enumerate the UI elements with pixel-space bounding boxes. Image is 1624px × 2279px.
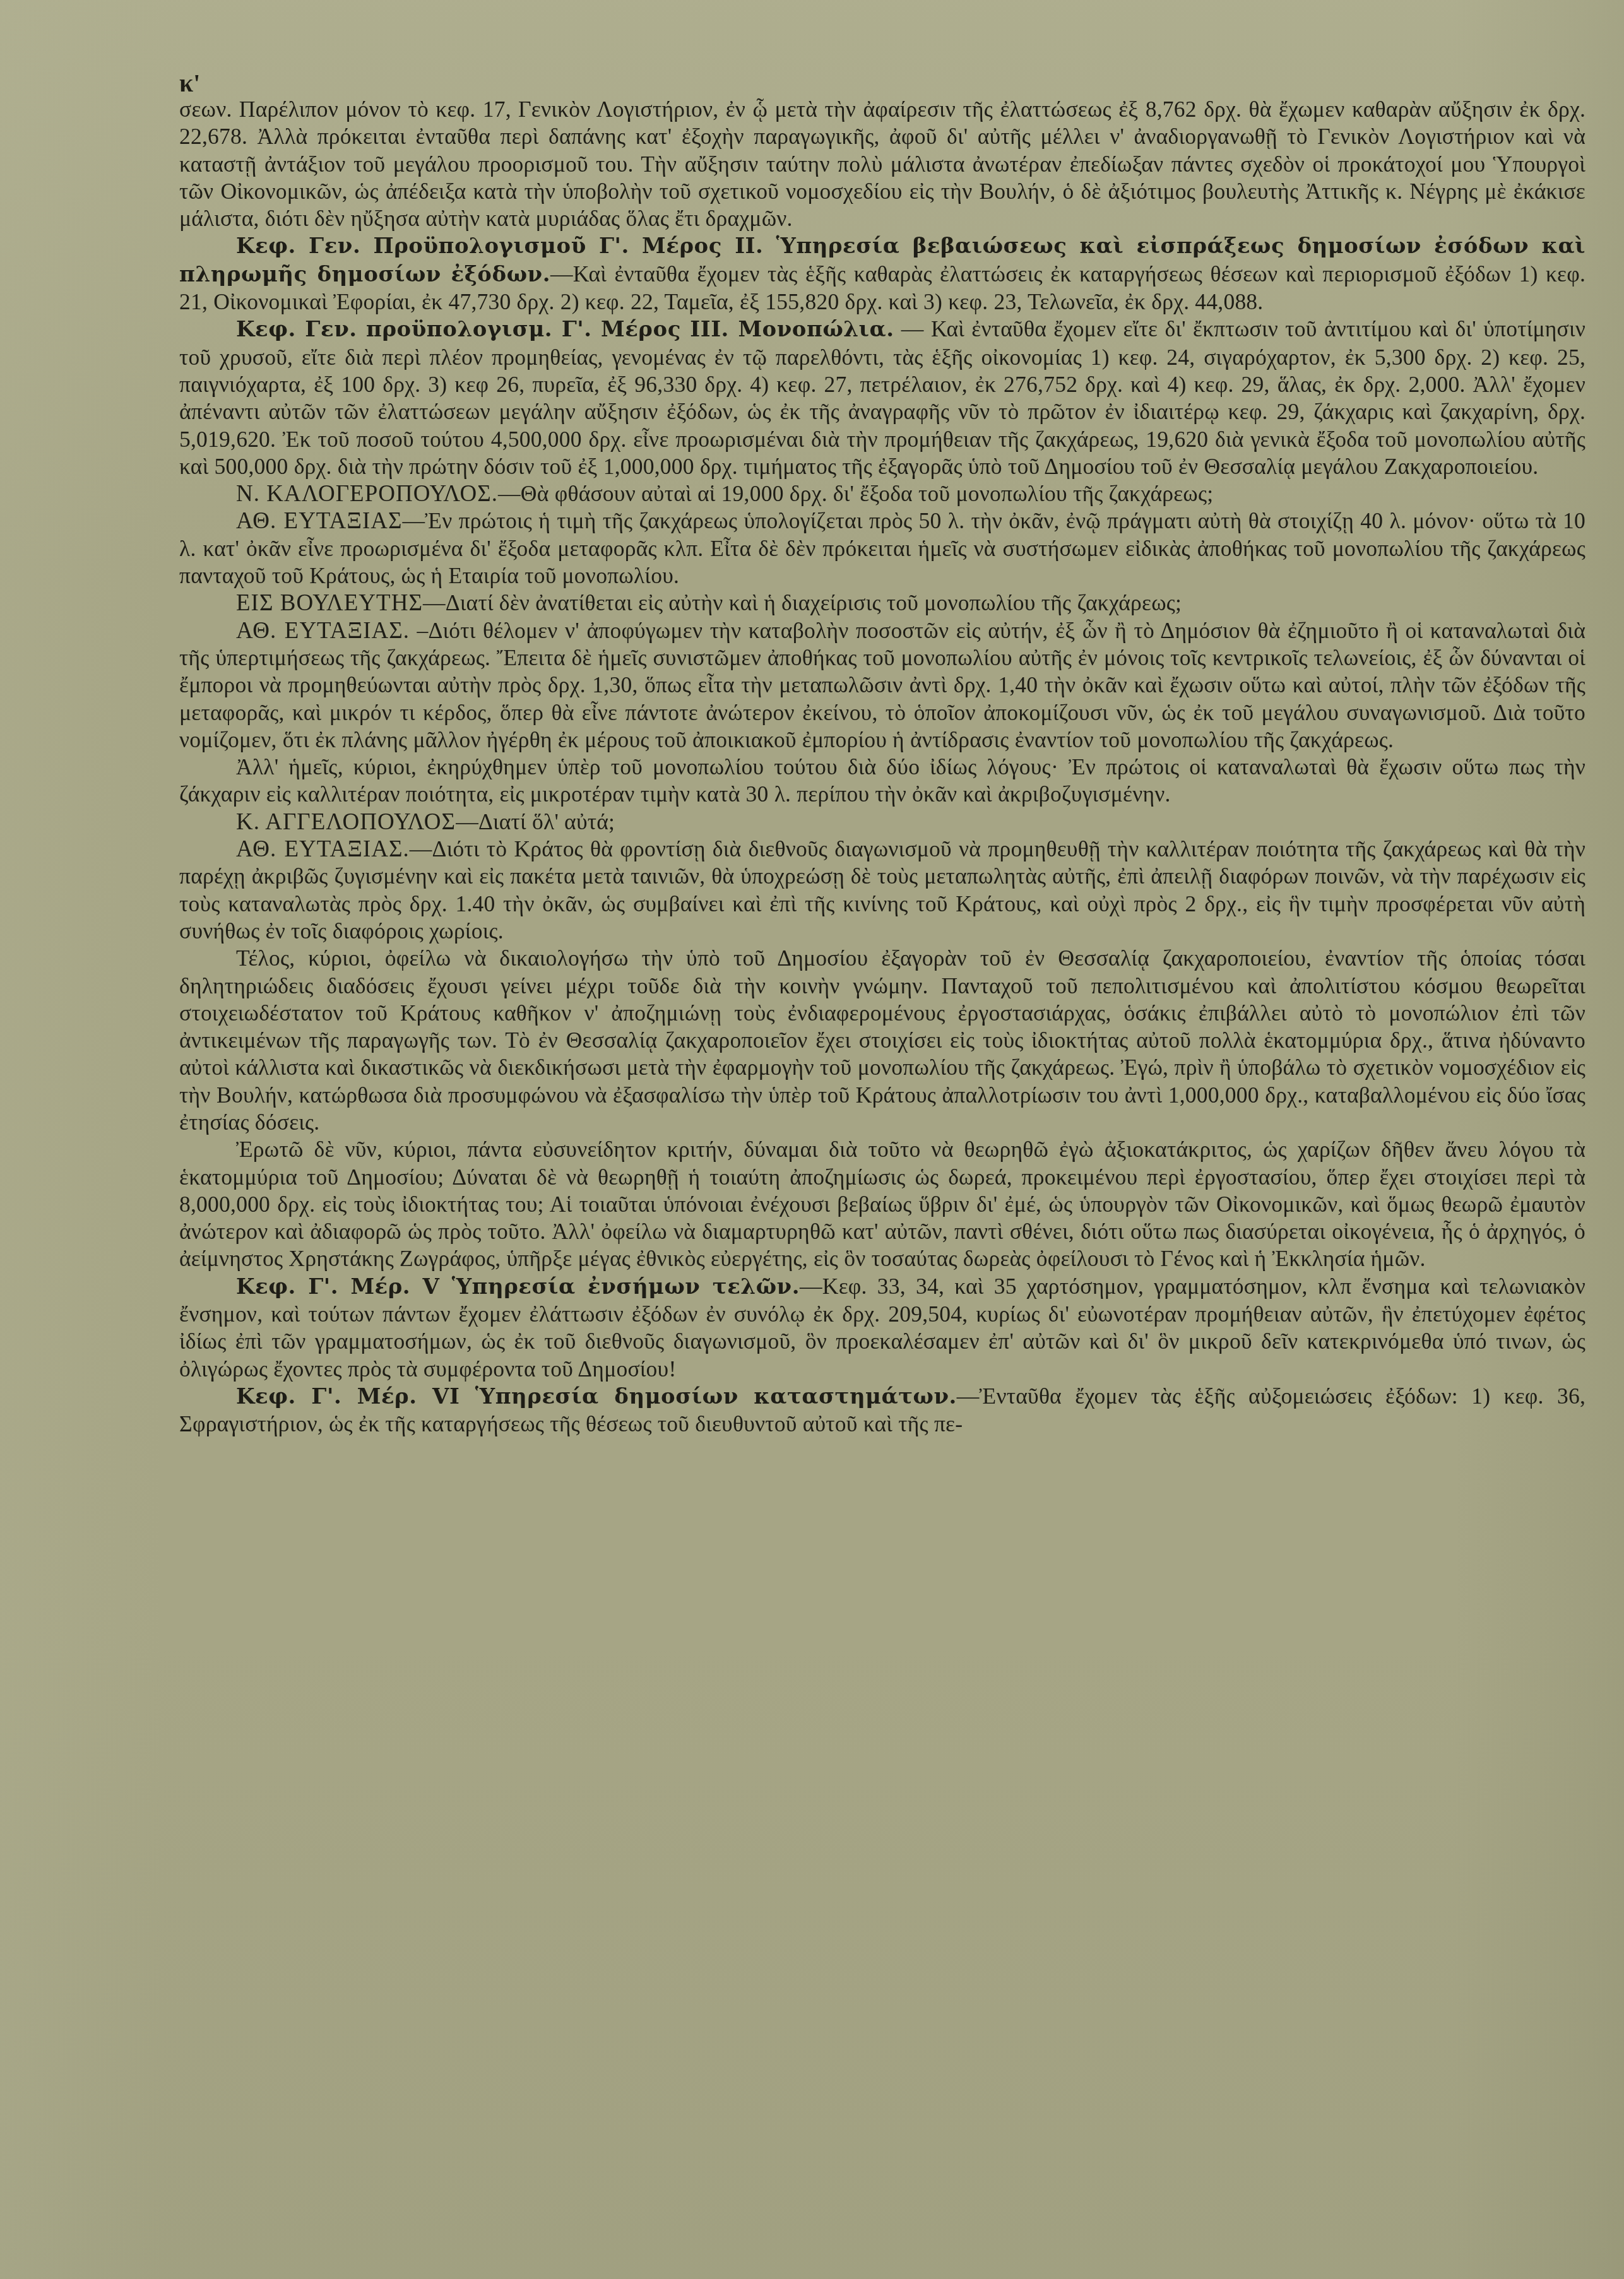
speaker-name: ΑΘ. ΕΥΤΑΞΙΑΣ bbox=[236, 508, 403, 534]
speech-mp: ΕΙΣ ΒΟΥΛΕΥΤΗΣ—Διατί δὲν ἀνατίθεται εἰς α… bbox=[179, 589, 1585, 617]
speech-eftaxias-2: ΑΘ. ΕΥΤΑΞΙΑΣ. –Διότι θέλομεν ν' ἀποφύγωμ… bbox=[179, 617, 1585, 754]
speaker-name: ΑΘ. ΕΥΤΑΞΙΑΣ. bbox=[236, 618, 410, 644]
speech-text: —Θὰ φθάσουν αὐταὶ αἱ 19,000 δρχ. δι' ἔξο… bbox=[498, 481, 1213, 506]
speech-kalogeropoulos: Ν. ΚΑΛΟΓΕΡΟΠΟΥΛΟΣ.—Θὰ φθάσουν αὐταὶ αἱ 1… bbox=[179, 480, 1585, 507]
section-part-vi-public-establishments: Κεφ. Γ'. Μέρ. VI Ὑπηρεσία δημοσίων κατασ… bbox=[179, 1383, 1585, 1438]
speech-angelopoulos: Κ. ΑΓΓΕΛΟΠΟΥΛΟΣ—Διατί ὅλ' αὐτά; bbox=[179, 808, 1585, 836]
paragraph-intro: σεων. Παρέλιπον μόνον τὸ κεφ. 17, Γενικὸ… bbox=[179, 96, 1585, 232]
section-heading: Κεφ. Γ'. Μέρ. VI Ὑπηρεσία δημοσίων κατασ… bbox=[236, 1384, 957, 1409]
section-part-v-stamps: Κεφ. Γ'. Μέρ. V Ὑπηρεσία ἐνσήμων τελῶν.—… bbox=[179, 1273, 1585, 1383]
paragraph-text: Τέλος, κύριοι, ὀφείλω νὰ δικαιολογήσω τὴ… bbox=[179, 945, 1585, 1135]
paragraph-thessaly-factory: Τέλος, κύριοι, ὀφείλω νὰ δικαιολογήσω τὴ… bbox=[179, 945, 1585, 1136]
speaker-name: ΑΘ. ΕΥΤΑΞΙΑΣ. bbox=[236, 836, 410, 862]
page-number: κ' bbox=[179, 68, 200, 98]
paragraph-reasons: Ἀλλ' ἡμεῖς, κύριοι, ἐκηρύχθημεν ὑπὲρ τοῦ… bbox=[179, 754, 1585, 808]
speech-text: —Διατί ὅλ' αὐτά; bbox=[456, 809, 615, 834]
section-part-ii: Κεφ. Γεν. Προϋπολογισμοῦ Γ'. Μέρος ΙΙ. Ὑ… bbox=[179, 232, 1585, 316]
paragraph-text: σεων. Παρέλιπον μόνον τὸ κεφ. 17, Γενικὸ… bbox=[179, 97, 1585, 231]
speaker-name: Κ. ΑΓΓΕΛΟΠΟΥΛΟΣ bbox=[236, 809, 456, 835]
section-heading: Κεφ. Γ'. Μέρ. V Ὑπηρεσία ἐνσήμων τελῶν. bbox=[236, 1274, 800, 1299]
section-part-iii-monopolies: Κεφ. Γεν. προϋπολογισμ. Γ'. Μέρος ΙΙΙ. Μ… bbox=[179, 316, 1585, 480]
paragraph-question: Ἐρωτῶ δὲ νῦν, κύριοι, πάντα εὐσυνείδητον… bbox=[179, 1136, 1585, 1272]
speech-text: —Διατί δὲν ἀνατίθεται εἰς αὐτὴν καὶ ἡ δι… bbox=[423, 590, 1182, 615]
speaker-name: ΕΙΣ ΒΟΥΛΕΥΤΗΣ bbox=[236, 590, 423, 616]
speaker-name: Ν. ΚΑΛΟΓΕΡΟΠΟΥΛΟΣ. bbox=[236, 481, 498, 507]
paragraph-text: Ἐρωτῶ δὲ νῦν, κύριοι, πάντα εὐσυνείδητον… bbox=[179, 1137, 1585, 1271]
paragraph-text: Ἀλλ' ἡμεῖς, κύριοι, ἐκηρύχθημεν ὑπὲρ τοῦ… bbox=[179, 754, 1585, 807]
body-text: σεων. Παρέλιπον μόνον τὸ κεφ. 17, Γενικὸ… bbox=[179, 96, 1585, 1438]
speech-eftaxias-1: ΑΘ. ΕΥΤΑΞΙΑΣ—Ἐν πρώτοις ἡ τιμὴ τῆς ζακχά… bbox=[179, 507, 1585, 589]
section-heading: Κεφ. Γεν. προϋπολογισμ. Γ'. Μέρος ΙΙΙ. Μ… bbox=[236, 317, 894, 342]
speech-eftaxias-3: ΑΘ. ΕΥΤΑΞΙΑΣ.—Διότι τὸ Κράτος θὰ φροντίσ… bbox=[179, 836, 1585, 945]
